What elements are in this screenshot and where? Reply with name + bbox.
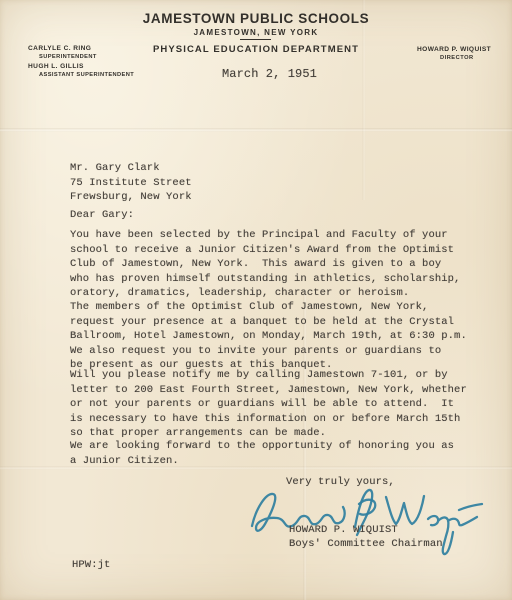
horizontal-fold-crease bbox=[0, 128, 512, 132]
official-name-director: HOWARD P. WIQUIST bbox=[417, 46, 491, 53]
body-paragraph-3: Will you please notify me by calling Jam… bbox=[70, 368, 467, 441]
signature-stroke-t-cross bbox=[459, 504, 482, 510]
scanned-letter-document: JAMESTOWN PUBLIC SCHOOLS JAMESTOWN, NEW … bbox=[0, 0, 512, 600]
letterhead-divider-rule bbox=[240, 39, 271, 40]
official-title-assistant-superintendent: ASSISTANT SUPERINTENDENT bbox=[39, 72, 134, 78]
letter-date: March 2, 1951 bbox=[222, 67, 317, 82]
official-name-assistant-superintendent: HUGH L. GILLIS bbox=[28, 63, 84, 70]
recipient-address: Mr. Gary Clark 75 Institute Street Frews… bbox=[70, 161, 192, 205]
reference-initials: HPW:jt bbox=[72, 558, 110, 573]
salutation: Dear Gary: bbox=[70, 208, 134, 223]
official-name-superintendent: CARLYLE C. RING bbox=[28, 45, 91, 52]
body-paragraph-2: The members of the Optimist Club of Jame… bbox=[70, 300, 467, 373]
letterhead-school-city: JAMESTOWN, NEW YORK bbox=[0, 28, 512, 37]
official-title-superintendent: SUPERINTENDENT bbox=[39, 54, 97, 60]
official-title-director: DIRECTOR bbox=[440, 55, 474, 61]
body-paragraph-4: We are looking forward to the opportunit… bbox=[70, 439, 454, 468]
signed-name-typed: HOWARD P. WIQUIST bbox=[289, 523, 398, 538]
letterhead-school-name: JAMESTOWN PUBLIC SCHOOLS bbox=[0, 11, 512, 26]
body-paragraph-1: You have been selected by the Principal … bbox=[70, 228, 460, 301]
signature-stroke-w bbox=[386, 496, 424, 524]
signed-title-typed: Boys' Committee Chairman bbox=[289, 537, 443, 552]
